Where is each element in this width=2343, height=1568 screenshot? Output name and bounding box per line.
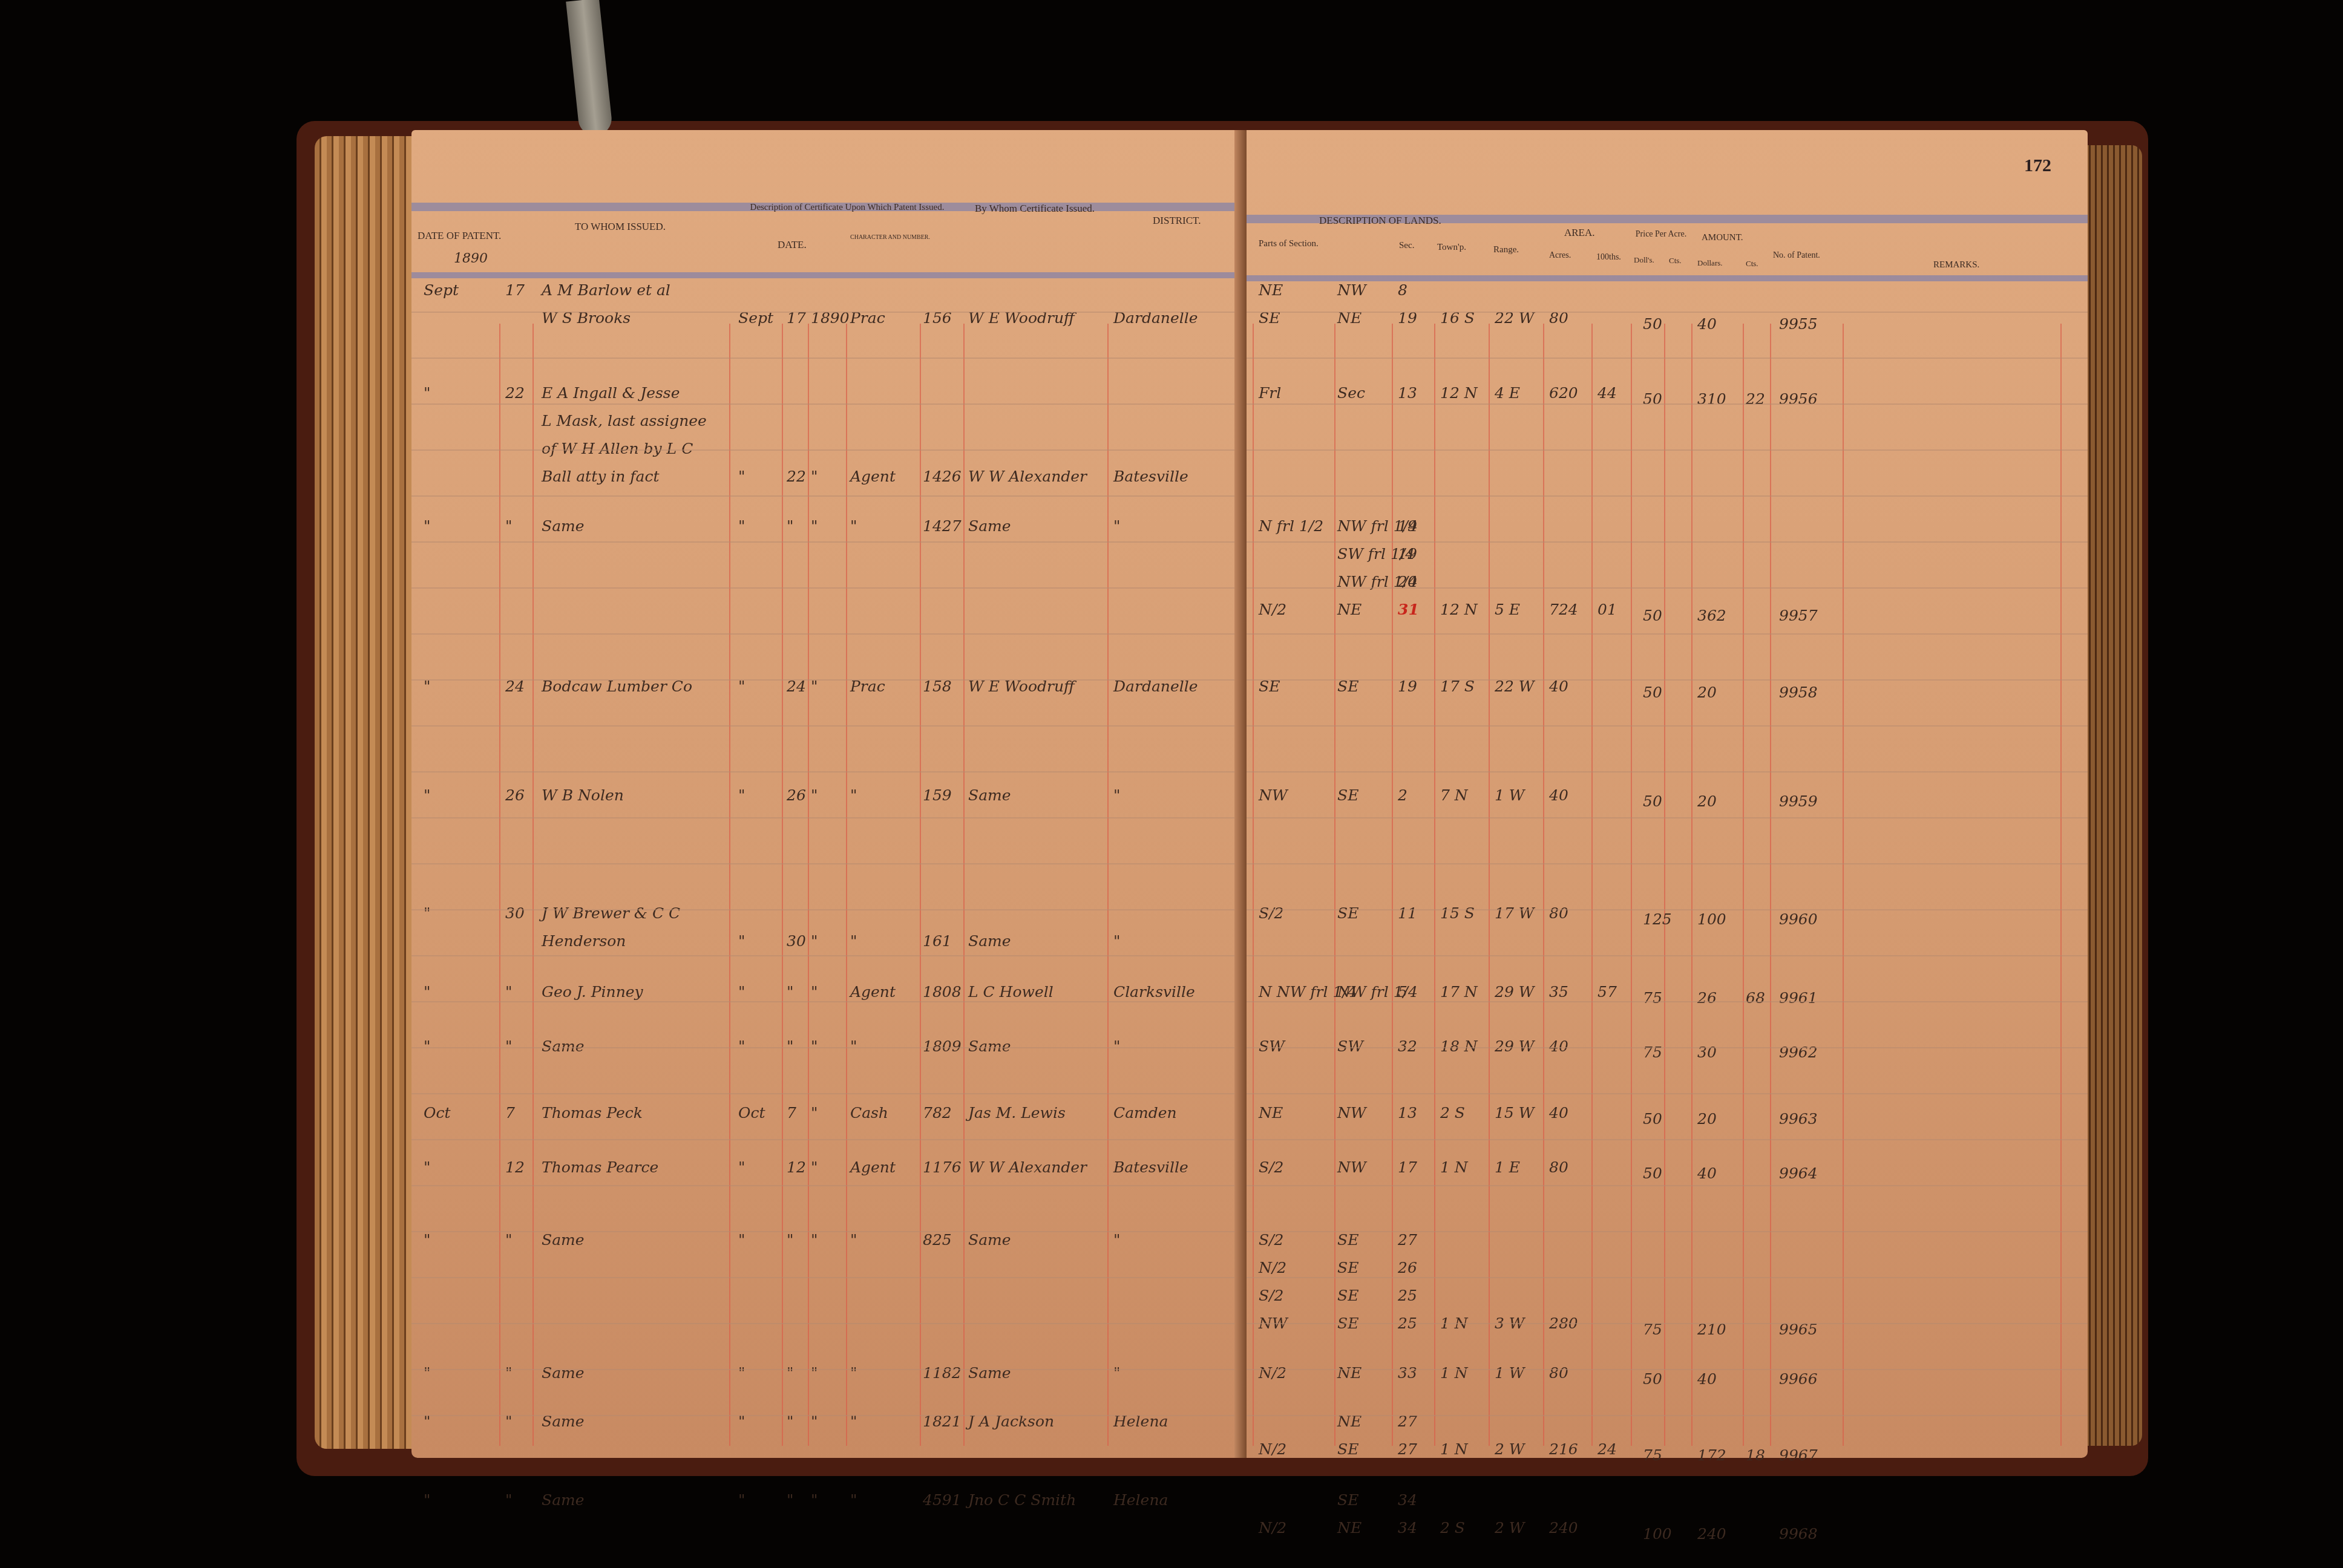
ruled-line <box>1247 909 2088 910</box>
land-quarter: NE <box>1337 1364 1362 1382</box>
entry-patent-number: 9961 <box>1779 989 1818 1007</box>
ruled-line <box>411 541 1247 543</box>
entry-cert-character: Agent <box>850 983 896 1001</box>
land-quarter: NE <box>1337 601 1362 618</box>
entry-day: " <box>505 1491 513 1509</box>
entry-by-whom: W W Alexander <box>968 1158 1087 1176</box>
entry-day: " <box>505 1231 513 1249</box>
ruled-line <box>411 725 1247 727</box>
entry-cert-number: 1427 <box>923 517 962 535</box>
entry-name-line: W B Nolen <box>542 786 624 804</box>
entry-cert-year: " <box>811 1364 818 1382</box>
entry-patent-number: 9957 <box>1779 607 1818 624</box>
land-township: 18 N <box>1440 1037 1478 1055</box>
land-acres: 724 <box>1549 601 1578 618</box>
entry-month: " <box>424 1491 431 1509</box>
header-remarks: REMARKS. <box>1933 260 1979 270</box>
ruled-line <box>1247 725 2088 727</box>
entry-cert-day: 7 <box>787 1104 796 1122</box>
entry-amount-dollars: 40 <box>1697 1165 1717 1182</box>
entry-cert-number: 4591 <box>923 1491 962 1509</box>
header-township: Town'p. <box>1437 243 1466 253</box>
entry-by-whom: Jas M. Lewis <box>968 1104 1066 1122</box>
entry-amount-dollars: 362 <box>1697 607 1726 624</box>
land-acres: 40 <box>1549 1104 1568 1122</box>
ruled-line <box>411 312 1247 313</box>
land-range: 1 E <box>1495 1158 1520 1176</box>
entry-cert-character: " <box>850 517 857 535</box>
land-section: 25 <box>1398 1287 1417 1304</box>
land-acres-hundredths: 57 <box>1597 983 1617 1001</box>
ruled-line <box>1247 1323 2088 1324</box>
entry-amount-dollars: 26 <box>1697 989 1717 1007</box>
ruled-line <box>1247 403 2088 405</box>
land-section: 5 <box>1398 983 1407 1001</box>
entry-price-per-acre: 50 <box>1643 607 1662 624</box>
entry-amount-dollars: 172 <box>1697 1446 1726 1464</box>
header-sec: Sec. <box>1399 241 1414 251</box>
entry-month: " <box>424 1158 431 1176</box>
land-township: 12 N <box>1440 384 1478 402</box>
entry-day: " <box>505 1037 513 1055</box>
ruled-line <box>411 955 1247 956</box>
entry-price-per-acre: 75 <box>1643 1044 1662 1061</box>
entry-cert-year: " <box>811 517 818 535</box>
entry-name-line: J W Brewer & C C <box>542 904 680 922</box>
ruled-line <box>411 358 1247 359</box>
ruled-line <box>411 1185 1247 1186</box>
entry-cert-character: Cash <box>850 1104 888 1122</box>
land-section: 26 <box>1398 1259 1417 1276</box>
land-quarter: SE <box>1337 1231 1358 1249</box>
land-section: 19 <box>1398 517 1417 535</box>
entry-patent-number: 9963 <box>1779 1110 1818 1128</box>
entry-amount-dollars: 30 <box>1697 1044 1717 1061</box>
entry-price-per-acre: 50 <box>1643 1165 1662 1182</box>
ruled-line <box>1247 1231 2088 1232</box>
entry-by-whom: Same <box>968 1037 1011 1055</box>
entry-cert-year: " <box>811 983 818 1001</box>
ruled-line <box>1247 587 2088 589</box>
entry-cert-year: " <box>811 1037 818 1055</box>
entry-cert-number: 1809 <box>923 1037 962 1055</box>
entry-price-per-acre: 100 <box>1643 1525 1672 1543</box>
header-by-whom: By Whom Certificate Issued. <box>971 203 1098 215</box>
entry-name-line: Henderson <box>542 932 626 950</box>
header-dollars: Dollars. <box>1697 258 1723 268</box>
entry-price-per-acre: 50 <box>1643 792 1662 810</box>
land-quarter: SE <box>1337 904 1358 922</box>
entry-name-line: Thomas Peck <box>542 1104 643 1122</box>
header-district: DISTRICT. <box>1153 215 1201 227</box>
land-range: 4 E <box>1495 384 1520 402</box>
header-character-and-number: CHARACTER AND NUMBER. <box>850 234 930 241</box>
land-section: 19 <box>1398 545 1417 563</box>
land-quarter: SE <box>1337 1259 1358 1276</box>
ruled-line <box>411 1277 1247 1278</box>
entry-cert-character: " <box>850 786 857 804</box>
header-100ths: 100ths. <box>1596 253 1621 263</box>
entry-day: 30 <box>505 904 525 922</box>
land-acres: 40 <box>1549 1037 1568 1055</box>
entry-patent-number: 9960 <box>1779 910 1818 928</box>
land-part: NW <box>1259 786 1288 804</box>
entry-cert-number: 159 <box>923 786 952 804</box>
entry-cert-number: 782 <box>923 1104 952 1122</box>
entry-cert-character: Agent <box>850 468 896 485</box>
entry-name-line: Same <box>542 1037 585 1055</box>
ruled-line <box>1247 1277 2088 1278</box>
header-amount: AMOUNT. <box>1702 233 1743 243</box>
ruled-line <box>1247 1001 2088 1002</box>
land-acres: 80 <box>1549 1364 1568 1382</box>
land-section: 11 <box>1398 904 1417 922</box>
entry-name-line: Thomas Pearce <box>542 1158 658 1176</box>
entry-cert-day: " <box>787 1364 794 1382</box>
land-part: N/2 <box>1259 1259 1286 1276</box>
entry-cert-year: " <box>811 1158 818 1176</box>
entry-by-whom: Same <box>968 932 1011 950</box>
header-certificate-description: Description of Certificate Upon Which Pa… <box>741 203 953 213</box>
entry-amount-cents: 68 <box>1746 989 1765 1007</box>
entry-amount-dollars: 100 <box>1697 910 1726 928</box>
entry-amount-cents: 22 <box>1746 390 1765 408</box>
ruled-line <box>1247 863 2088 864</box>
entry-district: Clarksville <box>1113 983 1195 1001</box>
ruled-line <box>411 771 1247 773</box>
ruled-line <box>411 1047 1247 1048</box>
entry-cert-month: " <box>738 1491 745 1509</box>
entry-price-per-acre: 50 <box>1643 1370 1662 1388</box>
ruled-line <box>411 1139 1247 1140</box>
entry-district: Helena <box>1113 1491 1168 1509</box>
entry-cert-month: " <box>738 517 745 535</box>
entry-amount-dollars: 310 <box>1697 390 1726 408</box>
entry-cert-number: 1426 <box>923 468 962 485</box>
entry-cert-month: " <box>738 932 745 950</box>
entry-cert-character: " <box>850 1037 857 1055</box>
entry-amount-cents: 18 <box>1746 1446 1765 1464</box>
entry-cert-character: " <box>850 1231 857 1249</box>
land-township: 17 N <box>1440 983 1478 1001</box>
land-quarter: NW <box>1337 1158 1366 1176</box>
entry-cert-day: 12 <box>787 1158 806 1176</box>
land-range: 1 W <box>1495 786 1525 804</box>
entry-cert-day: 30 <box>787 932 806 950</box>
entry-month: " <box>424 1037 431 1055</box>
ruled-line <box>411 495 1247 497</box>
entry-cert-year: " <box>811 932 818 950</box>
land-section: 8 <box>1398 281 1407 299</box>
ruled-line <box>1247 495 2088 497</box>
entry-price-per-acre: 125 <box>1643 910 1672 928</box>
entry-cert-character: " <box>850 932 857 950</box>
land-quarter: SE <box>1337 1491 1358 1509</box>
ruled-line <box>411 909 1247 910</box>
entry-amount-dollars: 20 <box>1697 684 1717 701</box>
entry-day: " <box>505 983 513 1001</box>
entry-amount-dollars: 20 <box>1697 1110 1717 1128</box>
entry-patent-number: 9956 <box>1779 390 1818 408</box>
entry-cert-day: 26 <box>787 786 806 804</box>
left-page: DATE OF PATENT. TO WHOM ISSUED. Descript… <box>411 130 1247 1458</box>
entry-day: " <box>505 517 513 535</box>
land-quarter: NW <box>1337 1104 1366 1122</box>
entry-cert-month: " <box>738 1158 745 1176</box>
land-range: 29 W <box>1495 1037 1534 1055</box>
ruled-line <box>1247 1185 2088 1186</box>
entry-amount-dollars: 40 <box>1697 1370 1717 1388</box>
entry-month: " <box>424 786 431 804</box>
land-part: NE <box>1259 281 1283 299</box>
entry-patent-number: 9967 <box>1779 1446 1818 1464</box>
land-quarter: SE <box>1337 1440 1358 1458</box>
land-range: 5 E <box>1495 601 1520 618</box>
ruled-line <box>1247 633 2088 635</box>
land-township: 2 S <box>1440 1104 1465 1122</box>
ruled-line <box>411 633 1247 635</box>
entry-month: " <box>424 517 431 535</box>
entry-district: " <box>1113 786 1121 804</box>
land-acres: 216 <box>1549 1440 1578 1458</box>
ruled-line <box>1247 449 2088 451</box>
land-township: 7 N <box>1440 786 1468 804</box>
entry-by-whom: W W Alexander <box>968 468 1087 485</box>
entry-name-line: Geo J. Pinney <box>542 983 643 1001</box>
header-rule-bottom <box>411 272 1247 278</box>
entry-name-line: Same <box>542 1364 585 1382</box>
header-range: Range. <box>1493 245 1519 255</box>
land-range: 2 W <box>1495 1519 1525 1537</box>
entry-price-per-acre: 75 <box>1643 1446 1662 1464</box>
entry-by-whom: Same <box>968 517 1011 535</box>
land-range: 29 W <box>1495 983 1534 1001</box>
right-page: 172 DESCRIPTION OF LANDS. Parts of Secti… <box>1247 130 2088 1458</box>
entry-cert-day: 22 <box>787 468 806 485</box>
entry-patent-number: 9955 <box>1779 315 1818 333</box>
ruled-line <box>1247 771 2088 773</box>
entry-cert-character: " <box>850 1491 857 1509</box>
entry-cert-month: Oct <box>738 1104 765 1122</box>
land-part: NE <box>1259 1104 1283 1122</box>
header-to-whom-issued: TO WHOM ISSUED. <box>575 221 666 233</box>
ruled-line <box>411 1001 1247 1002</box>
header-cert-date: DATE. <box>778 239 807 251</box>
land-acres: 80 <box>1549 904 1568 922</box>
header-acres: Acres. <box>1549 251 1571 261</box>
page-number: 172 <box>2024 155 2051 176</box>
header-dolls: Doll's. <box>1634 255 1654 265</box>
entry-name-line: E A Ingall & Jesse <box>542 384 680 402</box>
entry-by-whom: Jno C C Smith <box>968 1491 1076 1509</box>
entry-day: 17 <box>505 281 525 299</box>
ruled-line <box>411 1323 1247 1324</box>
entry-cert-year: " <box>811 786 818 804</box>
land-acres: 620 <box>1549 384 1578 402</box>
entry-cert-number: 161 <box>923 932 952 950</box>
entry-day: 26 <box>505 786 525 804</box>
entry-by-whom: Same <box>968 1364 1011 1382</box>
entry-name-line: L Mask, last assignee <box>542 412 707 430</box>
entry-cert-month: " <box>738 1037 745 1055</box>
land-section: 34 <box>1398 1491 1417 1509</box>
ruled-line <box>1247 541 2088 543</box>
land-township: 1 N <box>1440 1158 1468 1176</box>
entry-cert-number: 1182 <box>923 1364 962 1382</box>
header-parts-of-section: Parts of Section. <box>1259 239 1319 249</box>
entry-patent-number: 9958 <box>1779 684 1818 701</box>
header-area: AREA. <box>1564 227 1595 239</box>
land-quarter: SE <box>1337 786 1358 804</box>
entry-district: " <box>1113 1364 1121 1382</box>
land-range: 15 W <box>1495 1104 1534 1122</box>
entry-cert-month: " <box>738 1364 745 1382</box>
land-section: 2 <box>1398 786 1407 804</box>
land-part: S/2 <box>1259 1231 1283 1249</box>
ruled-line <box>411 817 1247 818</box>
land-quarter: NE <box>1337 1519 1362 1537</box>
entry-district: " <box>1113 1231 1121 1249</box>
land-section: 13 <box>1398 1104 1417 1122</box>
land-range: 1 W <box>1495 1364 1525 1382</box>
entry-amount-dollars: 240 <box>1697 1525 1726 1543</box>
entry-name-line: Ball atty in fact <box>542 468 660 485</box>
entry-month: " <box>424 384 431 402</box>
entry-cert-day: " <box>787 517 794 535</box>
entry-cert-year: " <box>811 1104 818 1122</box>
land-part: N/2 <box>1259 1440 1286 1458</box>
entry-district: Camden <box>1113 1104 1177 1122</box>
ruled-line <box>411 1369 1247 1370</box>
land-section: 32 <box>1398 1037 1417 1055</box>
ruled-line <box>1247 1047 2088 1048</box>
entry-district: " <box>1113 517 1121 535</box>
land-section: 31 <box>1398 601 1419 618</box>
entry-price-per-acre: 75 <box>1643 989 1662 1007</box>
land-quarter: NW <box>1337 281 1366 299</box>
entry-amount-dollars: 20 <box>1697 792 1717 810</box>
land-part: N/2 <box>1259 601 1286 618</box>
land-part: S/2 <box>1259 1158 1283 1176</box>
entry-cert-month: " <box>738 1231 745 1249</box>
ruled-line <box>411 403 1247 405</box>
entry-amount-dollars: 40 <box>1697 315 1717 333</box>
land-quarter: SE <box>1337 1287 1358 1304</box>
land-range: 17 W <box>1495 904 1534 922</box>
land-acres: 40 <box>1549 786 1568 804</box>
land-township: 1 N <box>1440 1440 1468 1458</box>
ruled-line <box>411 587 1247 589</box>
ruled-line <box>411 1415 1247 1416</box>
land-section: 27 <box>1398 1440 1417 1458</box>
entry-cert-month: " <box>738 786 745 804</box>
entry-cert-year: " <box>811 1231 818 1249</box>
ruled-line <box>411 679 1247 681</box>
land-acres-hundredths: 24 <box>1597 1440 1617 1458</box>
header-rule-bottom <box>1247 275 2088 281</box>
entry-cert-month: " <box>738 983 745 1001</box>
entry-price-per-acre: 50 <box>1643 1110 1662 1128</box>
land-acres: 240 <box>1549 1519 1578 1537</box>
land-acres: 80 <box>1549 1158 1568 1176</box>
entry-price-per-acre: 50 <box>1643 684 1662 701</box>
year-label: 1890 <box>454 251 488 266</box>
entry-district: " <box>1113 932 1121 950</box>
right-page-edges <box>2085 145 2142 1446</box>
ruled-line <box>1247 1093 2088 1094</box>
header-no-of-patent: No. of Patent. <box>1773 251 1820 261</box>
land-section: 33 <box>1398 1364 1417 1382</box>
entry-cert-number: 1808 <box>923 983 962 1001</box>
entry-patent-number: 9962 <box>1779 1044 1818 1061</box>
ruled-line <box>411 449 1247 451</box>
land-quarter: Sec <box>1337 384 1365 402</box>
ruled-line <box>1247 1415 2088 1416</box>
land-part: N/2 <box>1259 1364 1286 1382</box>
land-township: 12 N <box>1440 601 1478 618</box>
land-part: SW <box>1259 1037 1285 1055</box>
entry-district: " <box>1113 1037 1121 1055</box>
land-part: Frl <box>1259 384 1281 402</box>
entry-patent-number: 9959 <box>1779 792 1818 810</box>
land-range: 2 W <box>1495 1440 1525 1458</box>
entry-month: " <box>424 1364 431 1382</box>
entry-day: 22 <box>505 384 525 402</box>
ruled-line <box>1247 312 2088 313</box>
entry-cert-number: 825 <box>923 1231 952 1249</box>
left-page-edges <box>315 136 418 1449</box>
entry-cert-character: " <box>850 1364 857 1382</box>
entry-district: Batesville <box>1113 468 1188 485</box>
ruled-line <box>1247 679 2088 681</box>
entry-price-per-acre: 50 <box>1643 315 1662 333</box>
entry-month: " <box>424 983 431 1001</box>
land-township: 15 S <box>1440 904 1475 922</box>
entry-district: Batesville <box>1113 1158 1188 1176</box>
ruled-line <box>1247 955 2088 956</box>
entry-name-line: A M Barlow et al <box>542 281 670 299</box>
land-part: N/2 <box>1259 1519 1286 1537</box>
entry-patent-number: 9968 <box>1779 1525 1818 1543</box>
entry-by-whom: Same <box>968 786 1011 804</box>
header-amount-cts: Cts. <box>1746 259 1758 269</box>
entry-cert-day: " <box>787 1231 794 1249</box>
entry-cert-year: " <box>811 468 818 485</box>
entry-name-line: Same <box>542 1491 585 1509</box>
header-date-of-patent: DATE OF PATENT. <box>418 230 501 242</box>
entry-name-line: Same <box>542 1231 585 1249</box>
land-section: 17 <box>1398 1158 1417 1176</box>
land-quarter: SW <box>1337 1037 1363 1055</box>
entry-cert-month: " <box>738 468 745 485</box>
entry-patent-number: 9964 <box>1779 1165 1818 1182</box>
ruled-line <box>411 863 1247 864</box>
land-section: 13 <box>1398 384 1417 402</box>
entry-day: 7 <box>505 1104 515 1122</box>
entry-patent-number: 9966 <box>1779 1370 1818 1388</box>
header-price-cts: Cts. <box>1669 256 1682 266</box>
land-part: S/2 <box>1259 904 1283 922</box>
ruled-line <box>1247 358 2088 359</box>
entry-day: " <box>505 1364 513 1382</box>
land-acres-hundredths: 44 <box>1597 384 1617 402</box>
entry-cert-number: 1176 <box>923 1158 962 1176</box>
header-price-per-acre: Price Per Acre. <box>1634 230 1688 240</box>
entry-month: Sept <box>424 281 459 299</box>
entry-cert-day: " <box>787 1037 794 1055</box>
ruled-line <box>411 1093 1247 1094</box>
entry-cert-year: " <box>811 1491 818 1509</box>
